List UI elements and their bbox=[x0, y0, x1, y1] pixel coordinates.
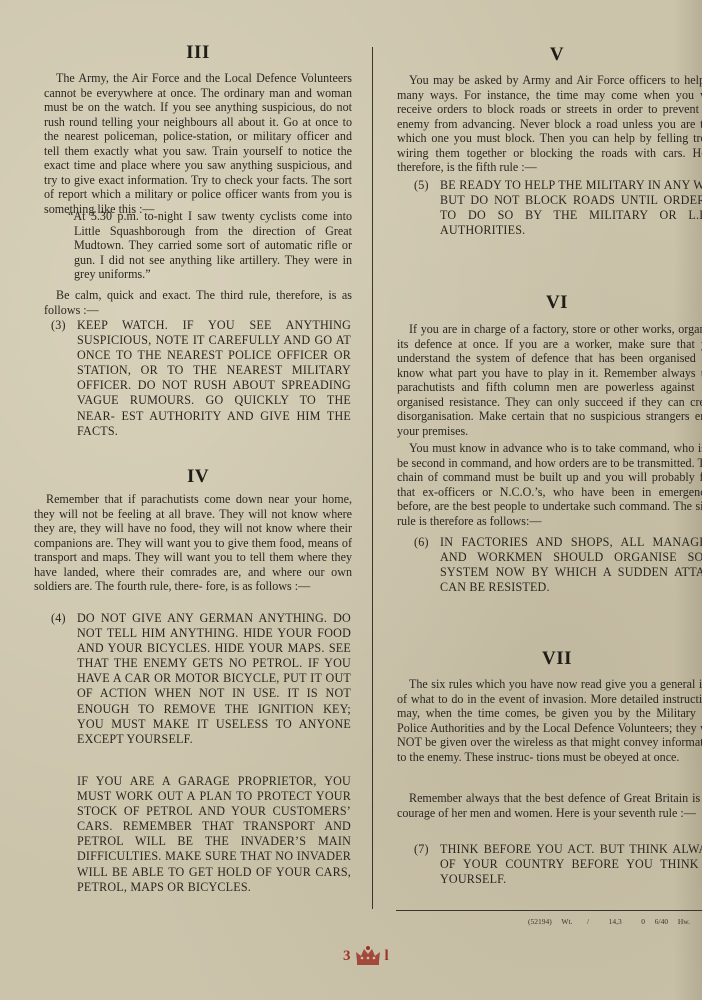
rule-7-text: THINK BEFORE YOU ACT. BUT THINK ALWAYS O… bbox=[440, 842, 702, 886]
rule-3-text: KEEP WATCH. IF YOU SEE ANYTHING SUSPICIO… bbox=[77, 318, 351, 438]
printer-code: (52194) Wt. / 14,3 0 6/40 Hw. bbox=[528, 917, 690, 926]
section-iii-paragraph-2: Be calm, quick and exact. The third rule… bbox=[44, 288, 352, 317]
column-divider bbox=[372, 47, 373, 909]
rule-4-text: DO NOT GIVE ANY GERMAN ANYTHING. DO NOT … bbox=[77, 611, 351, 746]
rule-5-text: BE READY TO HELP THE MILITARY IN ANY WAY… bbox=[440, 178, 702, 237]
section-iv-paragraph-1: Remember that if parachutists come down … bbox=[34, 492, 352, 594]
rule-6-text: IN FACTORIES AND SHOPS, ALL MANAGERS AND… bbox=[440, 535, 702, 594]
rule-3: (3) KEEP WATCH. IF YOU SEE ANYTHING SUSP… bbox=[77, 318, 351, 439]
section-vii-paragraph-1: The six rules which you have now read gi… bbox=[397, 677, 702, 764]
section-v-paragraph-1: You may be asked by Army and Air Force o… bbox=[397, 73, 702, 175]
crown-icon bbox=[354, 945, 382, 967]
rule-6-number: (6) bbox=[414, 535, 429, 550]
rule-7-number: (7) bbox=[414, 842, 429, 857]
rule-5-number: (5) bbox=[414, 178, 429, 193]
section-vi-paragraph-2: You must know in advance who is to take … bbox=[397, 441, 702, 528]
rule-4-garage-note: IF YOU ARE A GARAGE PROPRIETOR, YOU MUST… bbox=[77, 774, 351, 895]
section-heading-vii: VII bbox=[396, 648, 702, 670]
footer-rule bbox=[396, 910, 702, 911]
section-heading-iii: III bbox=[44, 42, 352, 64]
rule-4: (4) DO NOT GIVE ANY GERMAN ANYTHING. DO … bbox=[77, 611, 351, 747]
section-vi-paragraph-1: If you are in charge of a factory, store… bbox=[397, 322, 702, 438]
stamp-left-mark: 3 bbox=[343, 948, 351, 965]
stamp-right-mark: l bbox=[385, 948, 389, 965]
section-heading-vi: VI bbox=[396, 292, 702, 314]
rule-7: (7) THINK BEFORE YOU ACT. BUT THINK ALWA… bbox=[440, 842, 702, 887]
section-vii-paragraph-2: Remember always that the best defence of… bbox=[397, 791, 702, 820]
leaflet-page: III The Army, the Air Force and the Loca… bbox=[0, 0, 702, 1000]
section-iii-example-report: “At 5.30 p.m. to-night I saw twenty cycl… bbox=[74, 209, 352, 282]
section-iii-paragraph-1: The Army, the Air Force and the Local De… bbox=[44, 71, 352, 216]
rule-3-number: (3) bbox=[51, 318, 66, 333]
rule-5: (5) BE READY TO HELP THE MILITARY IN ANY… bbox=[440, 178, 702, 238]
section-heading-iv: IV bbox=[44, 466, 352, 488]
rule-4-number: (4) bbox=[51, 611, 66, 626]
rule-6: (6) IN FACTORIES AND SHOPS, ALL MANAGERS… bbox=[440, 535, 702, 595]
section-heading-v: V bbox=[396, 44, 702, 66]
crown-stamp: 3 l bbox=[343, 945, 389, 967]
